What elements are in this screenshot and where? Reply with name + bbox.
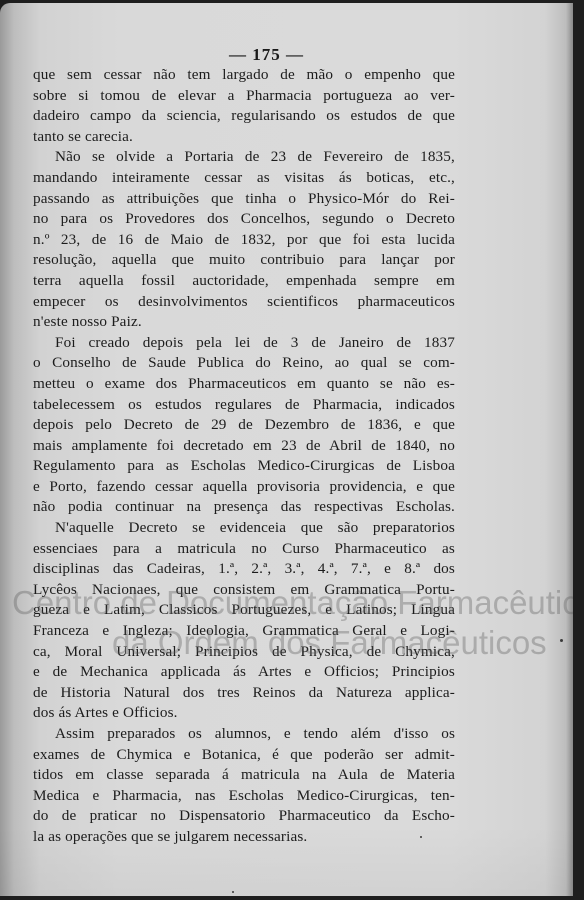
- text-line: terra aquella fossil auctoridade, empenh…: [33, 271, 455, 292]
- text-line: de Historia Natural dos tres Reinos da N…: [33, 683, 455, 704]
- paper-speck: [232, 891, 234, 893]
- text-line: dadeiro campo da sciencia, regularisando…: [33, 106, 455, 127]
- text-line: sobre si tomou de elevar a Pharmacia por…: [33, 86, 455, 107]
- text-line: que sem cessar não tem largado de mão o …: [33, 65, 455, 86]
- text-line: N'aquelle Decreto se evidenceia que são …: [33, 518, 455, 539]
- text-line: dos ás Artes e Officios.: [33, 703, 455, 724]
- text-line: depois pelo Decreto de 29 de Dezembro de…: [33, 415, 455, 436]
- text-line: no para os Provedores dos Concelhos, seg…: [33, 209, 455, 230]
- text-line: Medica e Pharmacia, nas Escholas Medico-…: [33, 786, 455, 807]
- text-line: Não se olvide a Portaria de 23 de Fevere…: [33, 147, 455, 168]
- text-line: empecer os desinvolvimentos scientificos…: [33, 292, 455, 313]
- text-line: gueza e Latim, Classicos Portuguezes, e …: [33, 600, 455, 621]
- scanned-page: — 175 — que sem cessar não tem largado d…: [0, 3, 573, 896]
- text-line: tabelecessem os estudos regulares de Pha…: [33, 395, 455, 416]
- text-line: Assim preparados os alumnos, e tendo alé…: [33, 724, 455, 745]
- text-line: metteu o exame dos Pharmaceuticos em qua…: [33, 374, 455, 395]
- text-line: passando as attribuições que tinha o Phy…: [33, 189, 455, 210]
- text-line: tidos em classe separada á matricula na …: [33, 765, 455, 786]
- page-number: — 175 —: [0, 45, 573, 65]
- text-line: ca, Moral Universal; Principios de Physi…: [33, 642, 455, 663]
- body-text: que sem cessar não tem largado de mão o …: [33, 65, 455, 848]
- text-line: mais amplamente foi decretado em 23 de A…: [33, 436, 455, 457]
- text-line: disciplinas das Cadeiras, 1.ª, 2.ª, 3.ª,…: [33, 559, 455, 580]
- text-line: o Conselho de Saude Publica do Reino, ao…: [33, 353, 455, 374]
- text-line: do de praticar no Dispensatorio Pharmace…: [33, 806, 455, 827]
- text-line: essenciaes para a matricula no Curso Pha…: [33, 539, 455, 560]
- text-line: e Porto, fazendo cessar aquella provisor…: [33, 477, 455, 498]
- paper-speck: [420, 836, 422, 838]
- text-line: Foi creado depois pela lei de 3 de Janei…: [33, 333, 455, 354]
- text-line: resolução, aquella que muito contribuio …: [33, 250, 455, 271]
- text-line: n.º 23, de 16 de Maio de 1832, por que f…: [33, 230, 455, 251]
- text-line: Franceza e Ingleza; Ideologia, Grammatic…: [33, 621, 455, 642]
- text-line: não podia continuar na presença das resp…: [33, 497, 455, 518]
- text-line: e de Mechanica applicada ás Artes e Offi…: [33, 662, 455, 683]
- text-line: exames de Chymica e Botanica, é que pode…: [33, 745, 455, 766]
- paper-speck: [560, 639, 563, 642]
- text-line: tanto se carecia.: [33, 127, 455, 148]
- text-line: mandando inteiramente cessar as visitas …: [33, 168, 455, 189]
- text-line: n'este nosso Paiz.: [33, 312, 455, 333]
- text-line: la as operações que se julgarem necessar…: [33, 827, 455, 848]
- text-line: Regulamento para as Escholas Medico-Ciru…: [33, 456, 455, 477]
- text-line: Lycêos Nacionaes, que consistem em Gramm…: [33, 580, 455, 601]
